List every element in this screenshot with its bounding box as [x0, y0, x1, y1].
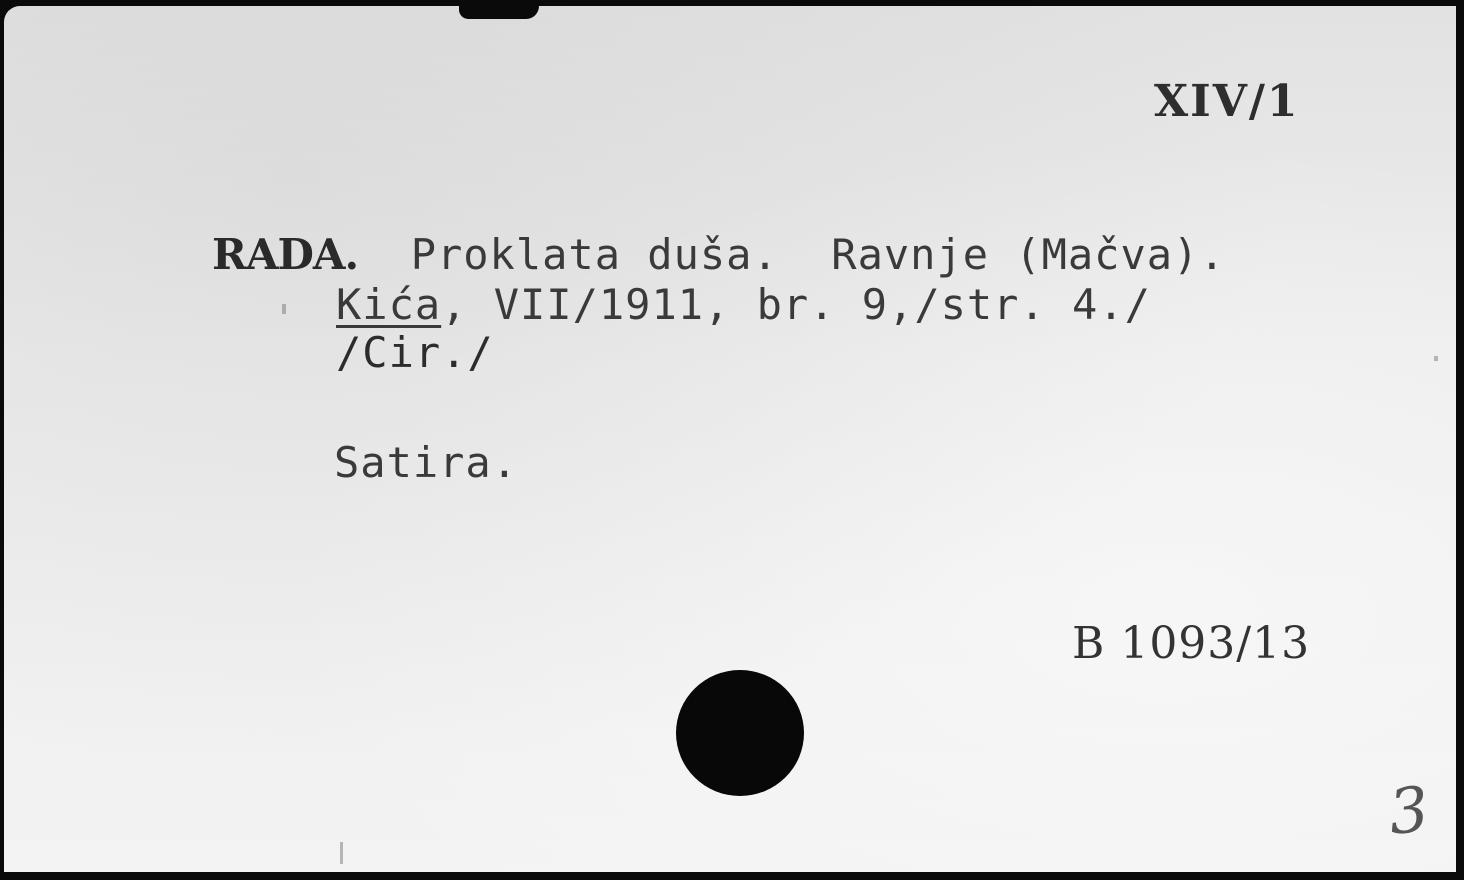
place: Ravnje (Mačva).	[831, 230, 1225, 279]
card-tab-notch	[459, 6, 539, 19]
entry-line-2: Kića, VII/1911, br. 9,/str. 4./	[336, 280, 1151, 329]
source-details: , VII/1911, br. 9,	[441, 280, 914, 329]
page-reference: /str. 4./	[914, 280, 1151, 329]
ink-mark	[340, 842, 343, 864]
title: Proklata duša.	[411, 230, 779, 279]
author: RADA.	[212, 230, 358, 279]
source-periodical: Kića	[336, 280, 441, 329]
shelf-mark: B 1093/13	[1072, 618, 1310, 669]
entry-line-1: RADA. Proklata duša. Ravnje (Mačva).	[212, 230, 1226, 279]
handwritten-number: 3	[1385, 772, 1432, 849]
script-note: /Cir./	[336, 328, 494, 377]
ink-mark	[282, 304, 286, 314]
call-number: XIV/1	[1154, 76, 1300, 127]
punch-hole	[676, 670, 804, 796]
ink-mark	[1434, 356, 1438, 361]
genre: Satira.	[334, 438, 518, 487]
catalog-card: XIV/1 RADA. Proklata duša. Ravnje (Mačva…	[4, 6, 1456, 872]
